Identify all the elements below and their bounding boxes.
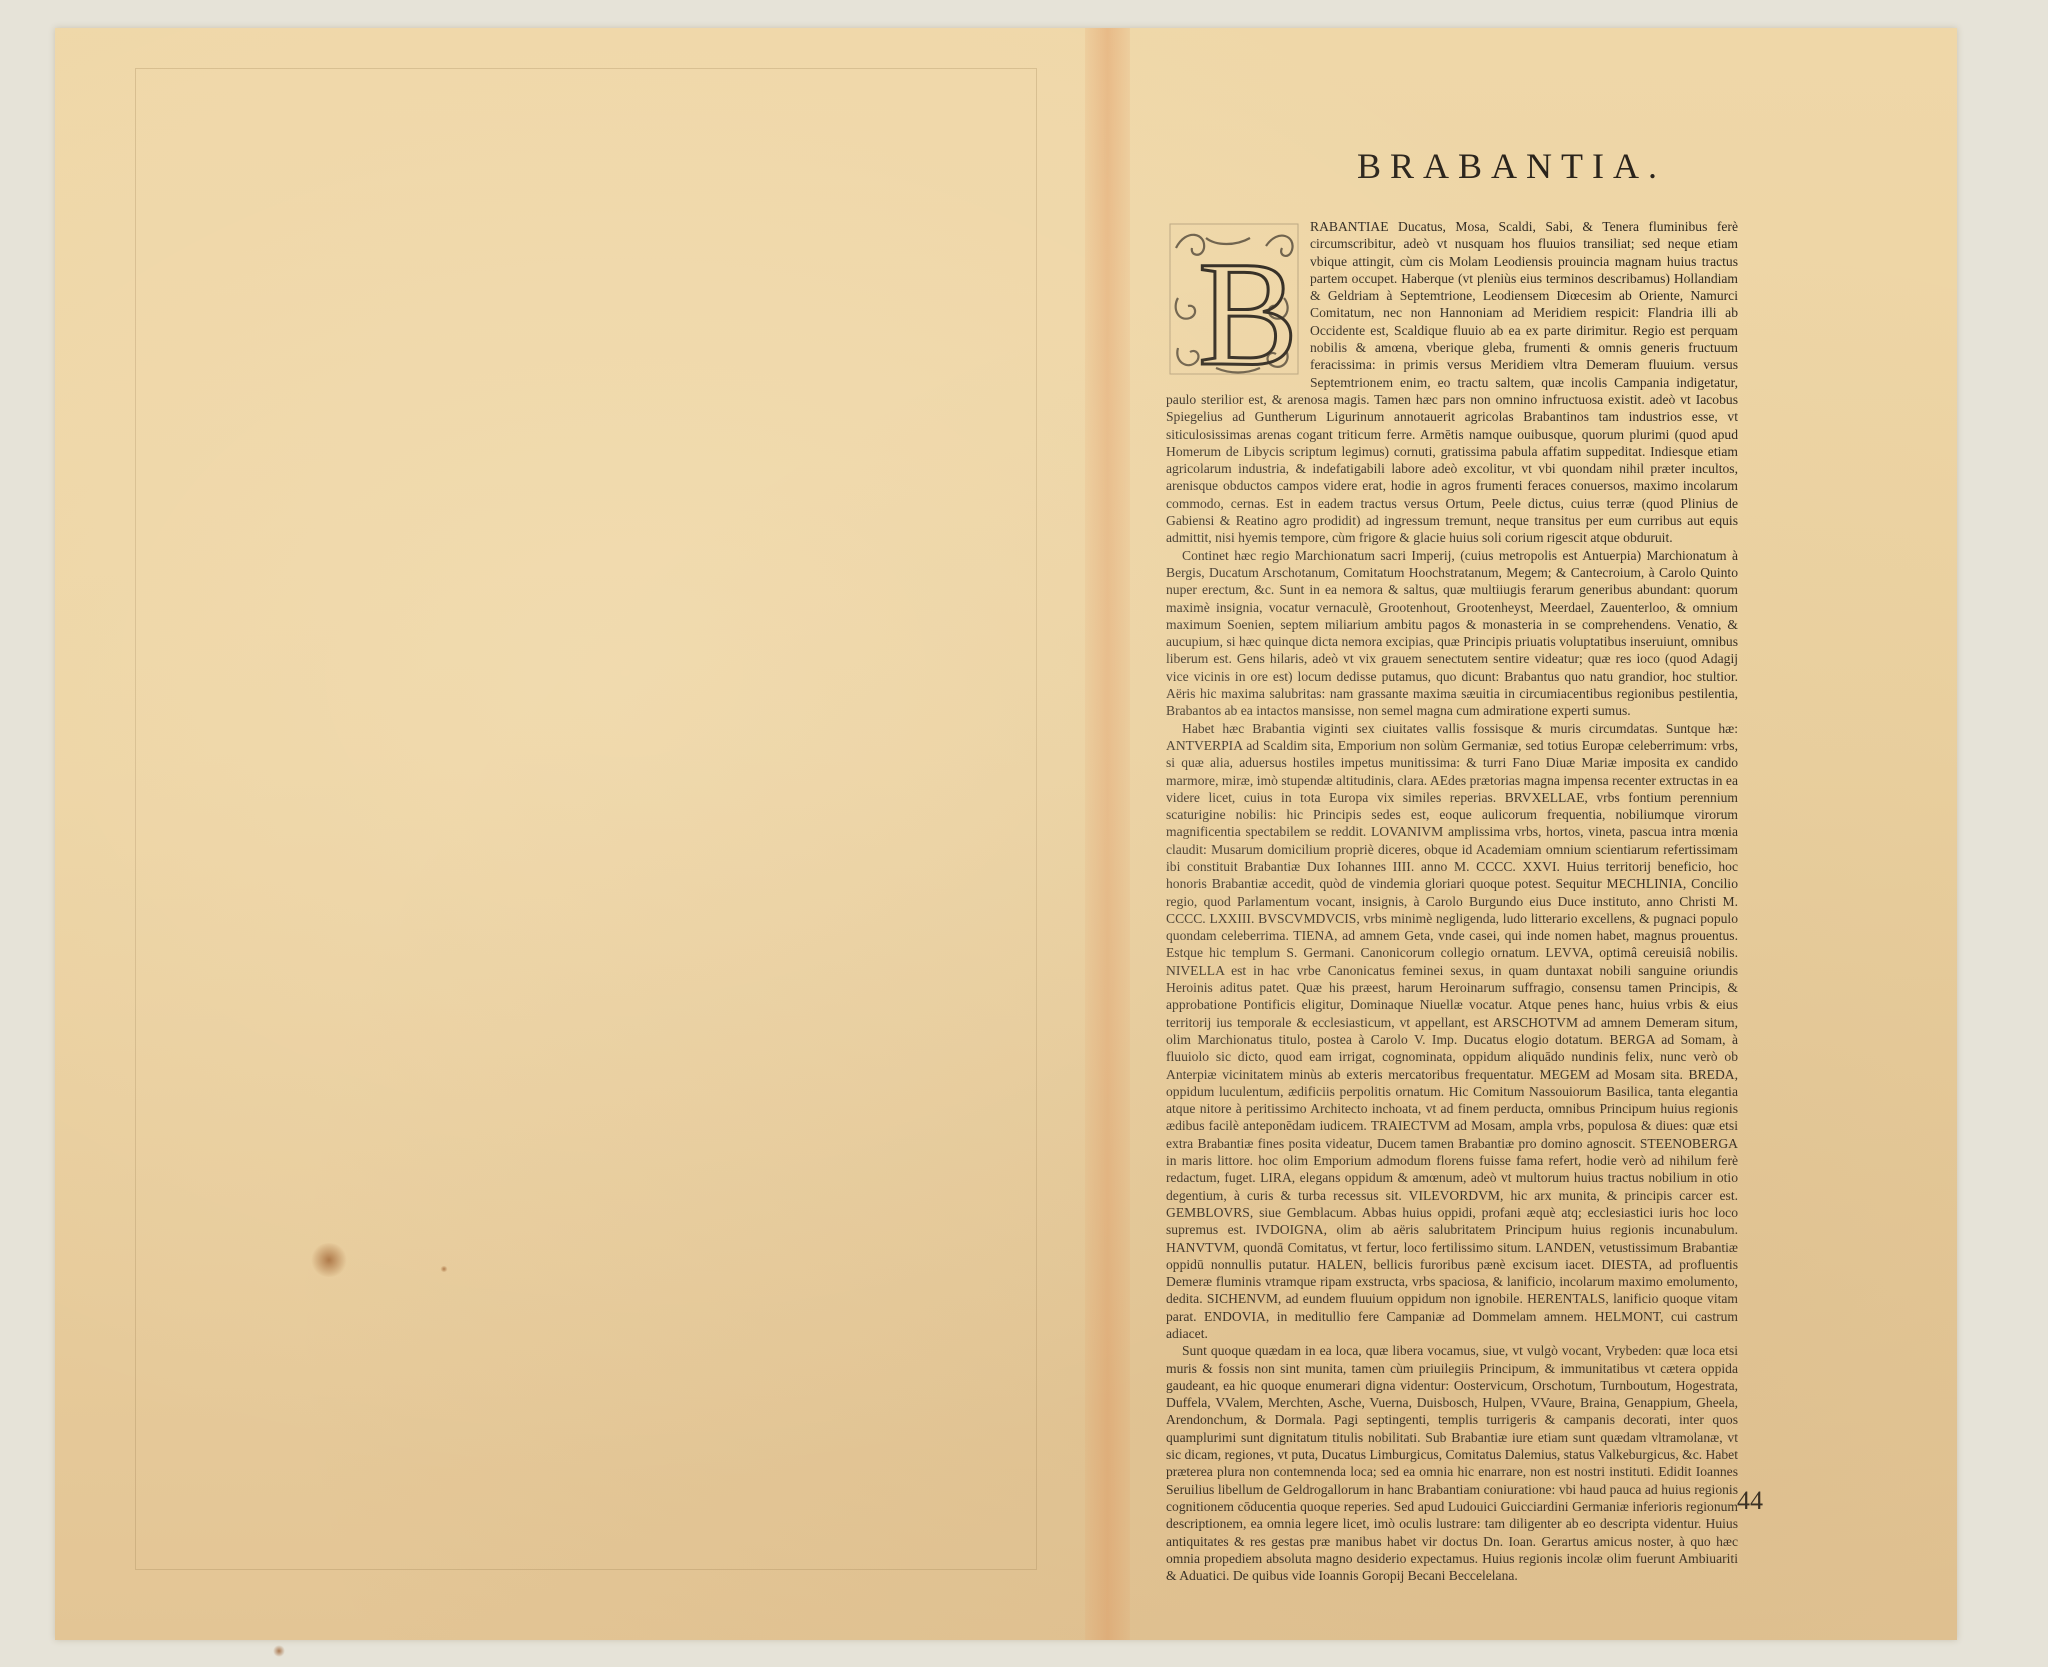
- left-page-blank: [55, 28, 1085, 1640]
- page-number: 44: [1737, 1486, 1763, 1516]
- body-text: B RABANTIAE Ducatus, Mosa, Scaldi, Sabi,…: [1166, 218, 1738, 1584]
- right-page: BRABANTIA. B: [1130, 28, 1957, 1640]
- foxing-stain: [310, 1243, 348, 1277]
- svg-text:B: B: [1198, 231, 1298, 386]
- paragraph-regions: Continet hæc regio Marchionatum sacri Im…: [1166, 547, 1738, 720]
- paragraph-cities: Habet hæc Brabantia viginti sex ciuitate…: [1166, 720, 1738, 1343]
- page-title: BRABANTIA.: [1357, 145, 1666, 187]
- foxing-stain: [273, 1645, 285, 1657]
- ornate-initial-b-icon: B: [1166, 218, 1304, 386]
- foxing-stain: [440, 1266, 448, 1272]
- plate-mark: [135, 68, 1037, 1570]
- document-sheet: BRABANTIA. B: [55, 28, 1957, 1640]
- drop-cap-initial: B: [1166, 218, 1304, 388]
- center-fold: [1085, 28, 1130, 1640]
- paragraph-free-places: Sunt quoque quædam in ea loca, quæ liber…: [1166, 1342, 1738, 1584]
